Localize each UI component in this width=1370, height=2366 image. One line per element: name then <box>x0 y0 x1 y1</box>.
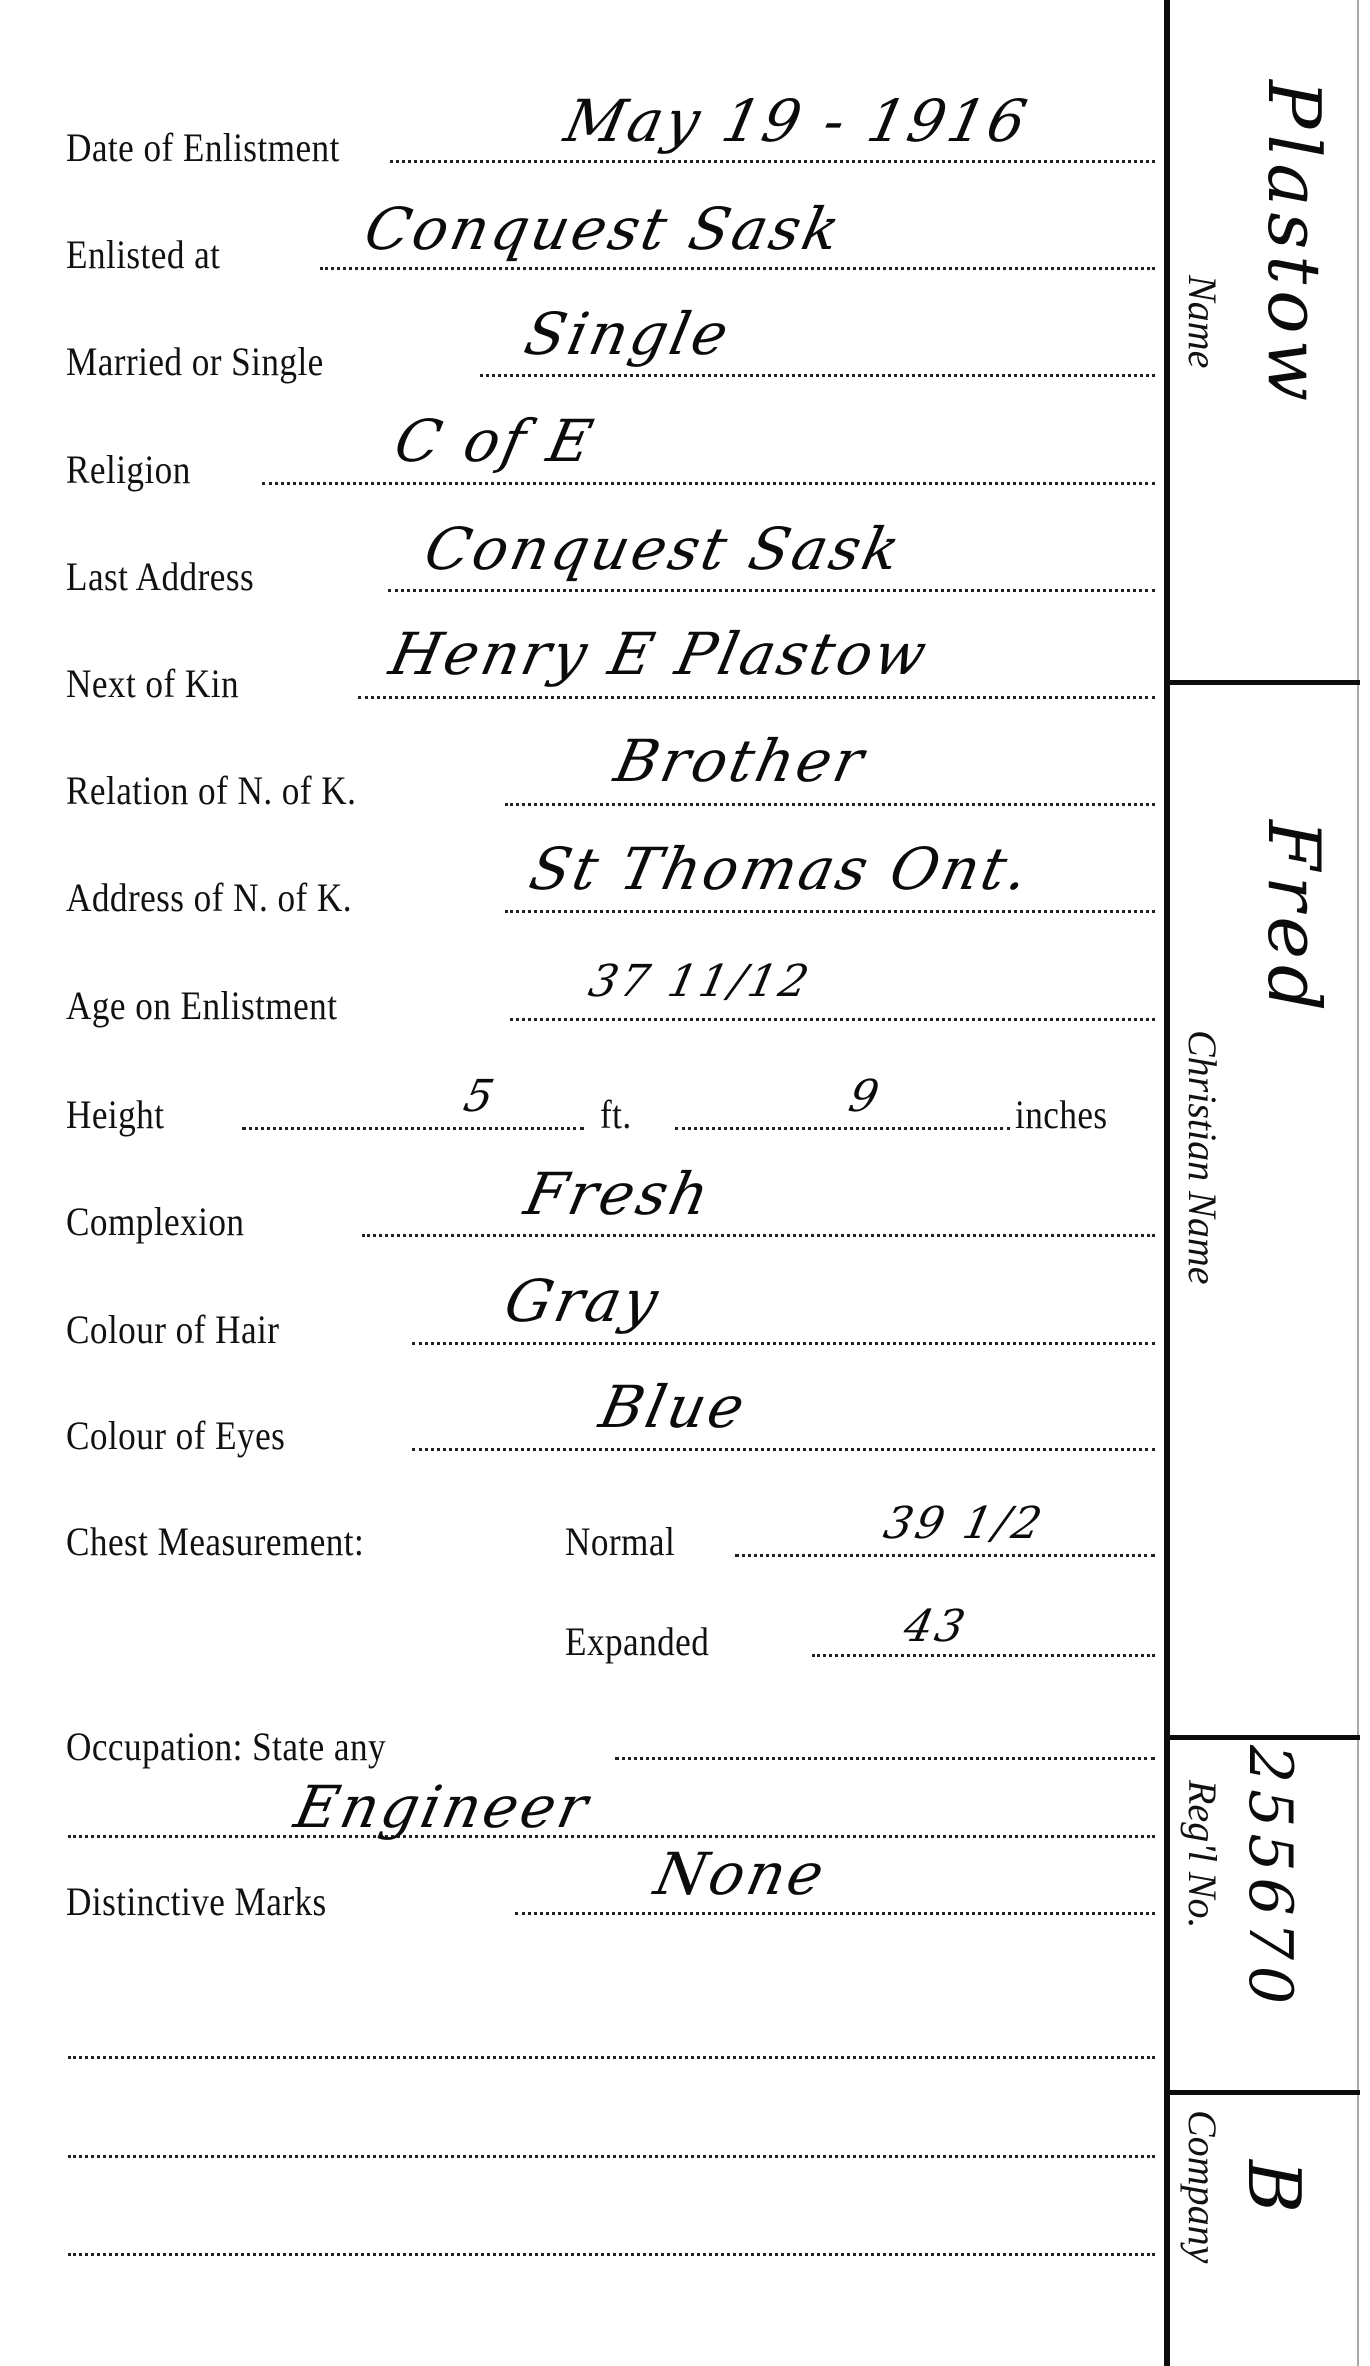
chest-normal-line <box>735 1554 1155 1557</box>
date-of-enlistment-line <box>390 160 1155 163</box>
name-value: Plastow <box>1258 80 1330 407</box>
relation-nok-line <box>505 803 1155 806</box>
enlisted-at-line <box>320 267 1155 270</box>
height-inches-unit: inches <box>1015 1095 1108 1135</box>
date-of-enlistment-value: May 19 - 1916 <box>560 92 1034 150</box>
regl-no-section-rule <box>1170 2090 1360 2095</box>
married-or-single-line <box>480 374 1155 377</box>
occupation-value: Engineer <box>290 1778 595 1836</box>
last-address-line <box>388 589 1155 592</box>
address-nok-line <box>505 910 1155 913</box>
age-on-enlistment-value: 37 11/12 <box>585 960 815 1004</box>
christian-name-value: Fred <box>1258 820 1330 1017</box>
religion-label: Religion <box>66 450 191 490</box>
married-or-single-value: Single <box>520 305 736 363</box>
side-panel-divider <box>1164 0 1170 2366</box>
regl-no-value: 255670 <box>1240 1745 1300 2010</box>
height-label: Height <box>66 1095 164 1135</box>
next-of-kin-line <box>358 696 1155 699</box>
height-feet-line <box>242 1127 584 1130</box>
age-on-enlistment-label: Age on Enlistment <box>66 986 337 1026</box>
company-value: B <box>1238 2160 1310 2219</box>
christian-name-section-rule <box>1170 1735 1360 1740</box>
chest-expanded-line <box>812 1654 1155 1657</box>
colour-of-hair-label: Colour of Hair <box>66 1310 279 1350</box>
attestation-card: Date of Enlistment May 19 - 1916 Enliste… <box>0 0 1370 2366</box>
chest-expanded-label: Expanded <box>565 1622 709 1662</box>
enlisted-at-value: Conquest Sask <box>360 200 848 258</box>
chest-measurement-label: Chest Measurement: <box>66 1522 364 1562</box>
complexion-line <box>362 1234 1155 1237</box>
chest-normal-label: Normal <box>565 1522 675 1562</box>
occupation-label: Occupation: State any <box>66 1727 386 1767</box>
complexion-label: Complexion <box>66 1202 244 1242</box>
company-label: Company <box>1182 2110 1222 2263</box>
next-of-kin-label: Next of Kin <box>66 664 239 704</box>
distinctive-marks-label: Distinctive Marks <box>66 1882 327 1922</box>
relation-nok-label: Relation of N. of K. <box>66 771 356 811</box>
address-nok-label: Address of N. of K. <box>66 878 352 918</box>
distinctive-marks-value: None <box>650 1845 832 1903</box>
blank-line-2 <box>68 2155 1155 2158</box>
blank-line-3 <box>68 2253 1155 2256</box>
colour-of-eyes-label: Colour of Eyes <box>66 1416 285 1456</box>
last-address-label: Last Address <box>66 557 254 597</box>
date-of-enlistment-label: Date of Enlistment <box>66 128 340 168</box>
blank-line-1 <box>68 2056 1155 2059</box>
complexion-value: Fresh <box>520 1165 717 1223</box>
height-inches-line <box>675 1127 1010 1130</box>
regl-no-label: Reg'l No. <box>1182 1780 1222 1929</box>
occupation-line <box>615 1757 1155 1760</box>
address-nok-value: St Thomas Ont. <box>525 840 1036 898</box>
colour-of-hair-value: Gray <box>500 1272 666 1330</box>
married-or-single-label: Married or Single <box>66 342 324 382</box>
name-section-rule <box>1170 680 1360 685</box>
religion-value: C of E <box>390 412 600 470</box>
occupation-line-2 <box>68 1835 1155 1838</box>
side-panel-edge <box>1357 0 1359 2366</box>
last-address-value: Conquest Sask <box>420 520 908 578</box>
chest-normal-value: 39 1/2 <box>880 1502 1048 1546</box>
relation-nok-value: Brother <box>610 732 871 790</box>
height-inches-value: 9 <box>845 1075 885 1119</box>
height-feet-value: 5 <box>460 1075 500 1119</box>
colour-of-eyes-line <box>412 1448 1155 1451</box>
height-feet-unit: ft. <box>600 1095 632 1135</box>
religion-line <box>262 482 1155 485</box>
chest-expanded-value: 43 <box>900 1605 971 1649</box>
distinctive-marks-line <box>515 1912 1155 1915</box>
christian-name-label: Christian Name <box>1182 1030 1222 1284</box>
colour-of-hair-line <box>412 1342 1155 1345</box>
colour-of-eyes-value: Blue <box>595 1378 752 1436</box>
age-on-enlistment-line <box>510 1018 1155 1021</box>
enlisted-at-label: Enlisted at <box>66 235 220 275</box>
next-of-kin-value: Henry E Plastow <box>385 625 934 683</box>
name-label: Name <box>1182 275 1222 368</box>
